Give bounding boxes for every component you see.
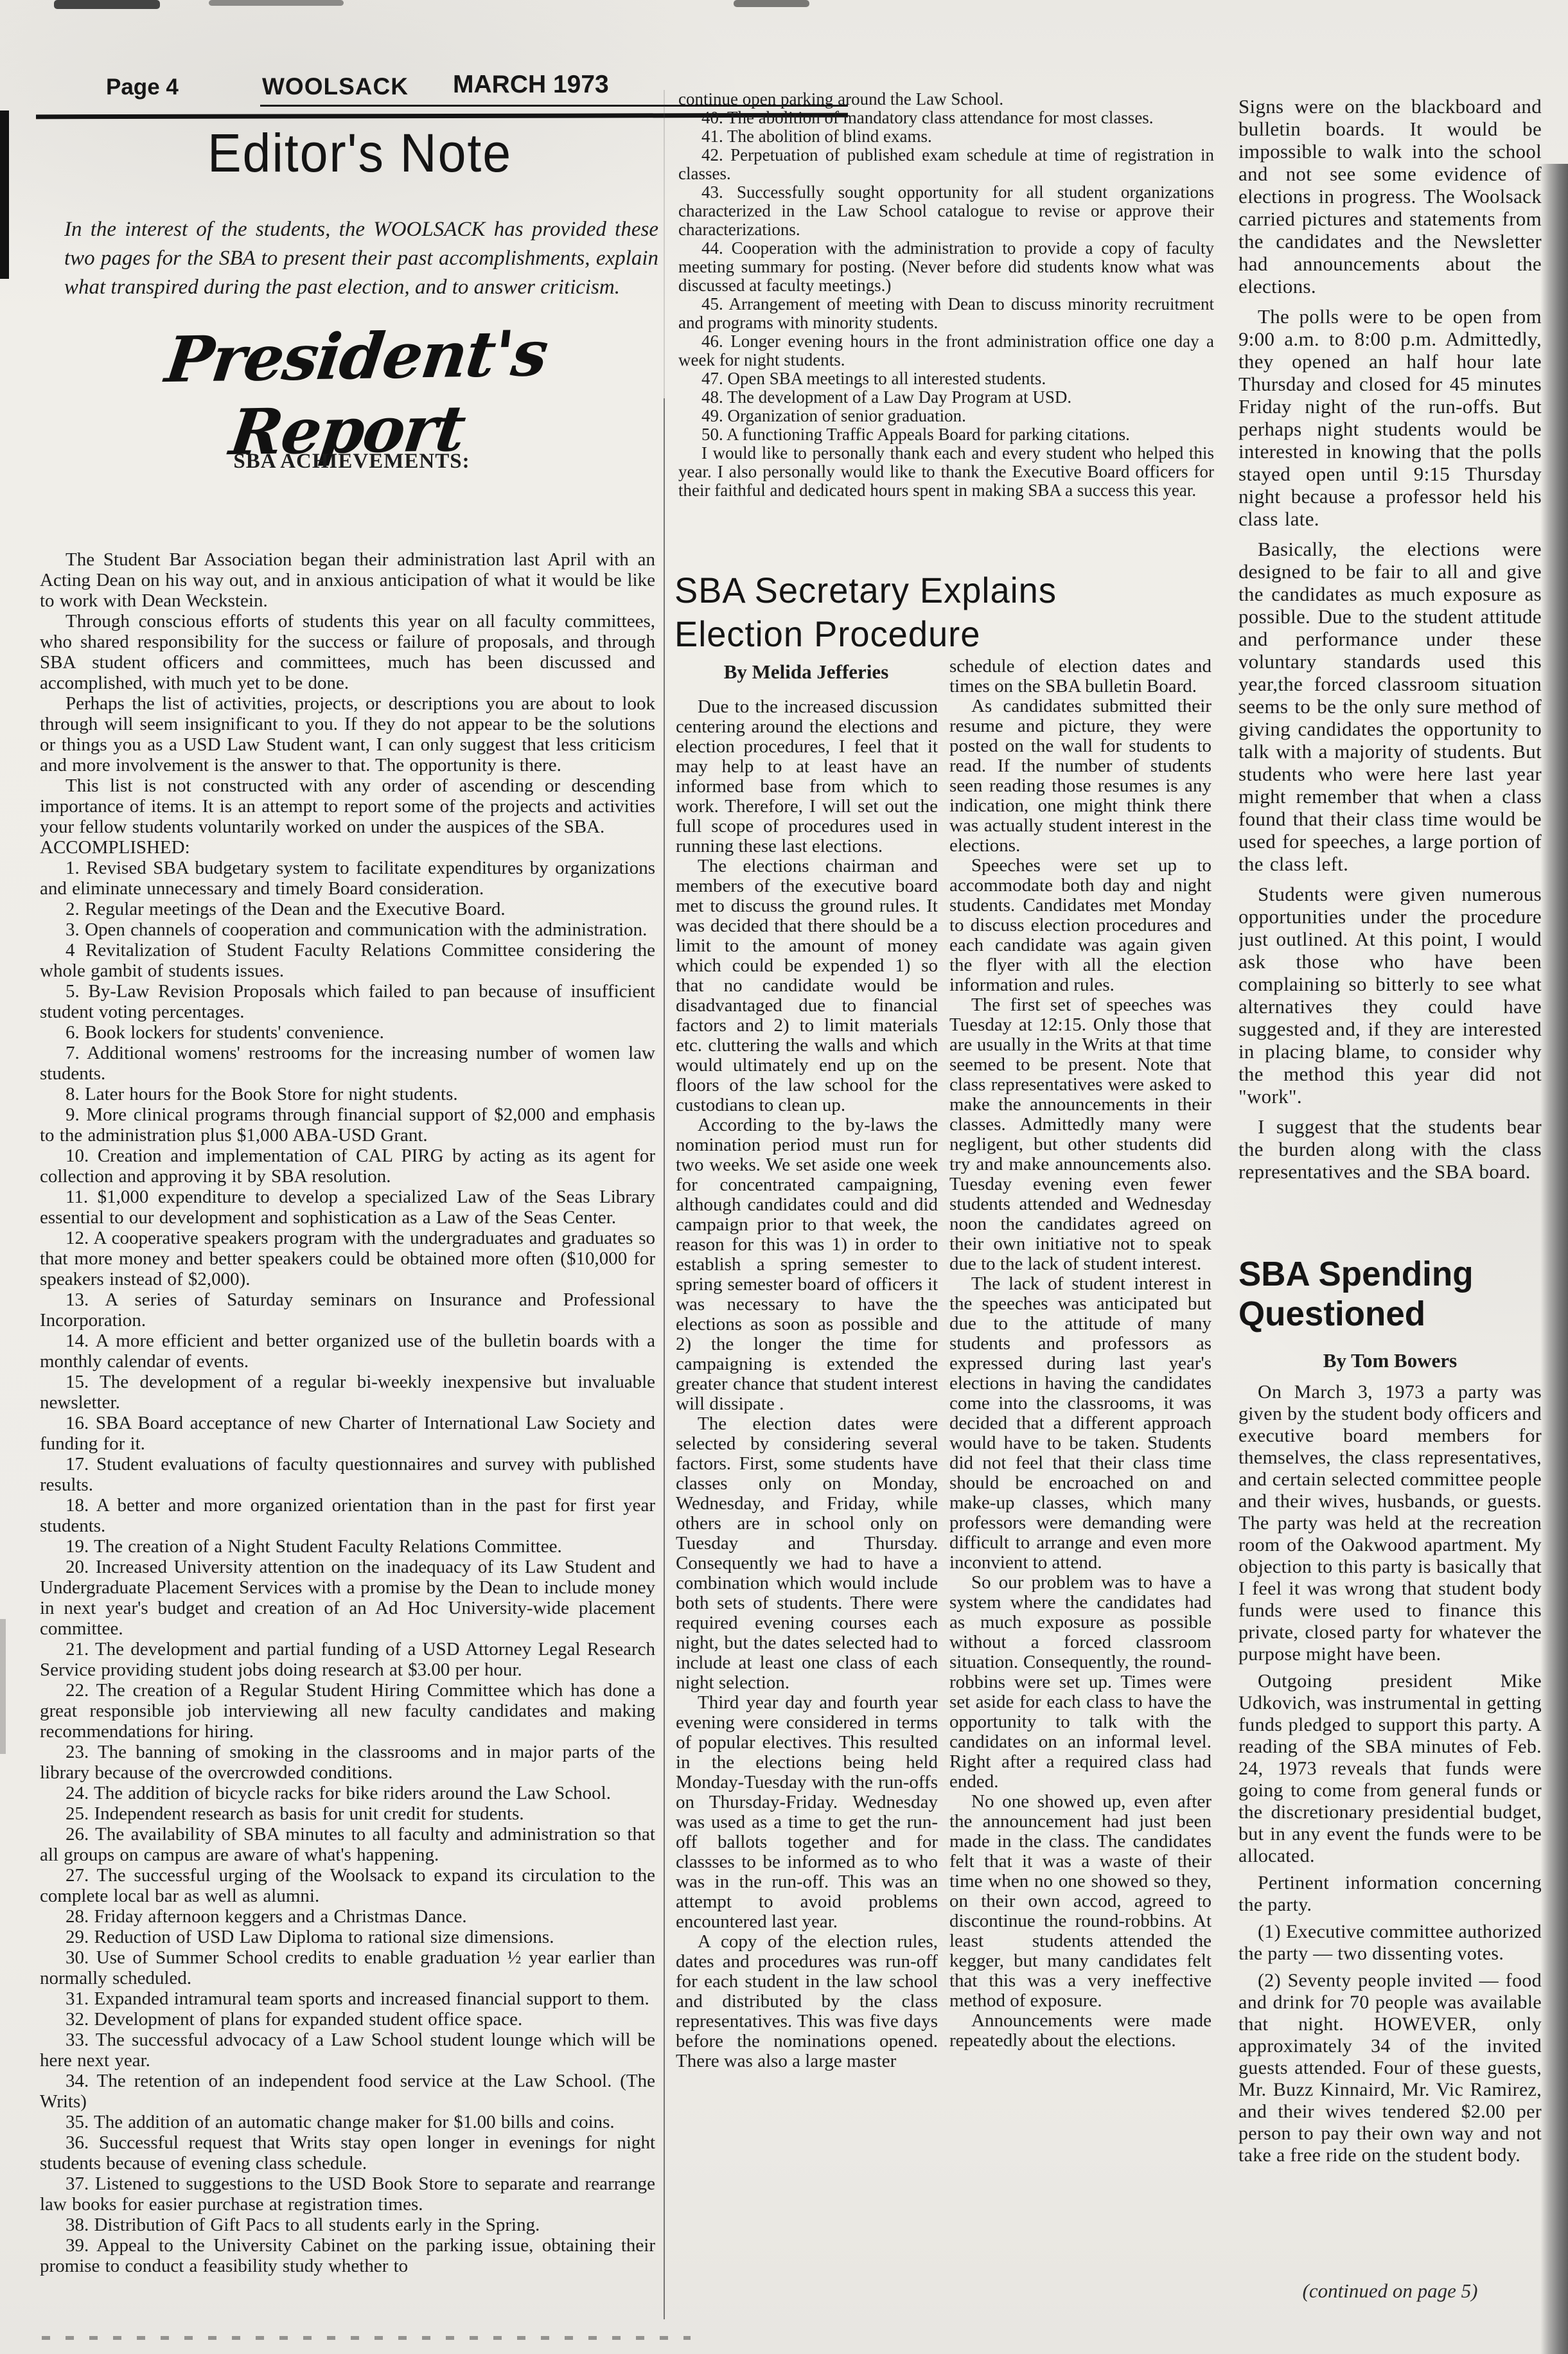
article-paragraph: Announcements were made repeatedly about… <box>949 2011 1211 2051</box>
achievement-item: 47. Open SBA meetings to all interested … <box>678 369 1214 388</box>
article-paragraph: I suggest that the students bear the bur… <box>1238 1115 1542 1183</box>
spending-article-headline: SBA Spending Questioned <box>1238 1254 1540 1334</box>
election-article-column-2: schedule of election dates and times on … <box>949 657 1211 2321</box>
article-paragraph: The elections chairman and members of th… <box>676 856 938 1115</box>
achievement-item: 28. Friday afternoon keggers and a Chris… <box>40 1906 655 1927</box>
achievement-item: 20. Increased University attention on th… <box>40 1557 655 1639</box>
achievement-list: 1. Revised SBA budgetary system to facil… <box>40 858 655 2276</box>
election-article-byline: By Melida Jefferies <box>674 660 938 684</box>
achievement-item: 21. The development and partial funding … <box>40 1639 655 1680</box>
scan-smudge <box>54 0 160 9</box>
achievement-item: 38. Distribution of Gift Pacs to all stu… <box>40 2215 655 2235</box>
article-paragraph: Pertinent information concerning the par… <box>1238 1872 1542 1916</box>
achievement-item: 17. Student evaluations of faculty quest… <box>40 1454 655 1495</box>
achievement-item: 46. Longer evening hours in the front ad… <box>678 332 1214 369</box>
article-paragraph: The lack of student interest in the spee… <box>949 1274 1211 1573</box>
scan-smudge <box>734 0 809 7</box>
headline-line-2: Election Procedure <box>674 612 1198 656</box>
achievement-item: 35. The addition of an automatic change … <box>40 2112 655 2132</box>
intro-paragraph: The Student Bar Association began their … <box>40 549 655 611</box>
achievement-item: 31. Expanded intramural team sports and … <box>40 1988 655 2009</box>
election-article-column-3: Signs were on the blackboard and bulleti… <box>1238 95 1542 1246</box>
article-paragraph: On March 3, 1973 a party was given by th… <box>1238 1381 1542 1665</box>
headline-line-2: Questioned <box>1238 1294 1540 1334</box>
achievement-item: 45. Arrangement of meeting with Dean to … <box>678 295 1214 332</box>
spending-article-byline: By Tom Bowers <box>1238 1349 1542 1372</box>
article-paragraph: According to the by-laws the nomination … <box>676 1115 938 1414</box>
achievement-item: 12. A cooperative speakers program with … <box>40 1228 655 1289</box>
issue-date: MARCH 1973 <box>453 71 609 99</box>
closing-paragraphs: I would like to personally thank each an… <box>678 444 1214 500</box>
achievement-item: 48. The development of a Law Day Program… <box>678 388 1214 407</box>
newspaper-page: Page 4 WOOLSACK MARCH 1973 Editor's Note… <box>0 0 1568 2354</box>
achievement-item: 43. Successfully sought opportunity for … <box>678 183 1214 239</box>
achievement-item: 32. Development of plans for expanded st… <box>40 2009 655 2030</box>
achievement-list-continued: 40. The abolition of mandatory class att… <box>678 109 1214 444</box>
achievement-item: 13. A series of Saturday seminars on Ins… <box>40 1289 655 1331</box>
election-article-column-1: Due to the increased discussion centerin… <box>676 697 938 2332</box>
achievement-item: 9. More clinical programs through financ… <box>40 1104 655 1146</box>
article-paragraph: The first set of speeches was Tuesday at… <box>949 995 1211 1274</box>
editors-note-title: Editor's Note <box>58 122 662 184</box>
sba-achievements-kicker: SBA ACHIEVEMENTS: <box>39 450 665 473</box>
scan-edge-mark <box>0 1619 6 1754</box>
achievement-item: 16. SBA Board acceptance of new Charter … <box>40 1413 655 1454</box>
intro-paragraphs: The Student Bar Association began their … <box>40 549 655 837</box>
editors-note-body: In the interest of the students, the WOO… <box>64 215 658 324</box>
achievement-item: 4 Revitalization of Student Faculty Rela… <box>40 940 655 981</box>
achievement-item: 24. The addition of bicycle racks for bi… <box>40 1783 655 1803</box>
article-paragraph: The polls were to be open from 9:00 a.m.… <box>1238 305 1542 530</box>
achievement-item: 23. The banning of smoking in the classr… <box>40 1742 655 1783</box>
scan-smudge <box>209 0 344 6</box>
achievement-item: 10. Creation and implementation of CAL P… <box>40 1146 655 1187</box>
achievement-item: 15. The development of a regular bi-week… <box>40 1372 655 1413</box>
achievement-item: 2. Regular meetings of the Dean and the … <box>40 899 655 919</box>
achievement-item: 25. Independent research as basis for un… <box>40 1803 655 1824</box>
achievement-item: 49. Organization of senior graduation. <box>678 407 1214 425</box>
article-paragraph: Outgoing president Mike Udkovich, was in… <box>1238 1670 1542 1867</box>
achievement-item: 50. A functioning Traffic Appeals Board … <box>678 425 1214 444</box>
continuation-line: continue open parking around the Law Sch… <box>678 90 1214 109</box>
achievement-item: 22. The creation of a Regular Student Hi… <box>40 1680 655 1742</box>
achievement-item: 40. The abolition of mandatory class att… <box>678 109 1214 127</box>
spending-article-body: On March 3, 1973 a party was given by th… <box>1238 1381 1542 2279</box>
achievement-item: 30. Use of Summer School credits to enab… <box>40 1947 655 1988</box>
article-paragraph: So our problem was to have a system wher… <box>949 1573 1211 1792</box>
achievement-item: 18. A better and more organized orientat… <box>40 1495 655 1536</box>
article-paragraph: (1) Executive committee authorized the p… <box>1238 1921 1542 1965</box>
closing-paragraph: I would like to personally thank each an… <box>678 444 1214 500</box>
achievement-item: 19. The creation of a Night Student Facu… <box>40 1536 655 1557</box>
achievement-item: 39. Appeal to the University Cabinet on … <box>40 2235 655 2276</box>
article-paragraph: Due to the increased discussion centerin… <box>676 697 938 856</box>
article-paragraph: (2) Seventy people invited — food and dr… <box>1238 1970 1542 2166</box>
achievement-item: 3. Open channels of cooperation and comm… <box>40 919 655 940</box>
achievement-item: 1. Revised SBA budgetary system to facil… <box>40 858 655 899</box>
achievement-item: 36. Successful request that Writs stay o… <box>40 2132 655 2173</box>
article-paragraph: Speeches were set up to accommodate both… <box>949 856 1211 995</box>
achievement-item: 27. The successful urging of the Woolsac… <box>40 1865 655 1906</box>
intro-paragraph: This list is not constructed with any or… <box>40 775 655 837</box>
election-article-headline: SBA Secretary Explains Election Procedur… <box>674 569 1198 656</box>
scan-edge-mark <box>0 111 9 279</box>
column-divider-rule <box>664 398 665 2319</box>
headline-line-1: SBA Secretary Explains <box>674 569 1198 612</box>
page-number: Page 4 <box>106 75 179 100</box>
article-paragraph: No one showed up, even after the announc… <box>949 1792 1211 2011</box>
achievement-item: 42. Perpetuation of published exam sched… <box>678 146 1214 183</box>
achievement-item: 34. The retention of an independent food… <box>40 2071 655 2112</box>
presidents-report-column-1: The Student Bar Association began their … <box>40 549 655 2342</box>
publication-name: WOOLSACK <box>262 73 409 100</box>
presidents-report-column-2: continue open parking around the Law Sch… <box>678 90 1214 565</box>
article-paragraph: As candidates submitted their resume and… <box>949 696 1211 856</box>
achievement-item: 37. Listened to suggestions to the USD B… <box>40 2173 655 2215</box>
intro-paragraph: Through conscious efforts of students th… <box>40 611 655 693</box>
article-paragraph: The election dates were selected by cons… <box>676 1414 938 1693</box>
intro-paragraph: Perhaps the list of activities, projects… <box>40 693 655 775</box>
article-paragraph: A copy of the election rules, dates and … <box>676 1932 938 2071</box>
accomplished-label: ACCOMPLISHED: <box>40 837 655 858</box>
article-paragraph: Students were given numerous opportuniti… <box>1238 883 1542 1108</box>
achievement-item: 5. By-Law Revision Proposals which faile… <box>40 981 655 1022</box>
achievement-item: 8. Later hours for the Book Store for ni… <box>40 1084 655 1104</box>
achievement-item: 14. A more efficient and better organize… <box>40 1331 655 1372</box>
article-paragraph: Third year day and fourth year evening w… <box>676 1693 938 1932</box>
achievement-item: 26. The availability of SBA minutes to a… <box>40 1824 655 1865</box>
continued-on-page-note: (continued on page 5) <box>1238 2279 1542 2303</box>
article-paragraph: schedule of election dates and times on … <box>949 657 1211 696</box>
achievement-item: 11. $1,000 expenditure to develop a spec… <box>40 1187 655 1228</box>
achievement-item: 6. Book lockers for students' convenienc… <box>40 1022 655 1043</box>
achievement-item: 33. The successful advocacy of a Law Sch… <box>40 2030 655 2071</box>
article-paragraph: Signs were on the blackboard and bulleti… <box>1238 95 1542 297</box>
achievement-item: 7. Additional womens' restrooms for the … <box>40 1043 655 1084</box>
achievement-item: 41. The abolition of blind exams. <box>678 127 1214 146</box>
page-edge-shadow <box>1540 164 1568 2354</box>
achievement-item: 44. Cooperation with the administration … <box>678 239 1214 295</box>
achievement-item: 29. Reduction of USD Law Diploma to rati… <box>40 1927 655 1947</box>
article-paragraph: Basically, the elections were designed t… <box>1238 538 1542 875</box>
headline-line-1: SBA Spending <box>1238 1254 1540 1294</box>
